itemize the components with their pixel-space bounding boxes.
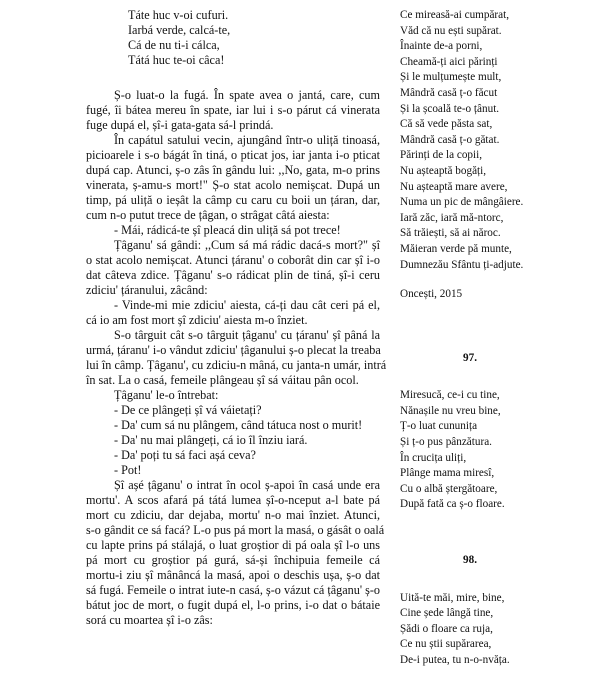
text-line: mortu'. A scos afará pá tátá lumea șî-o-… xyxy=(86,493,380,508)
poem-line: Că să vede păsta sat, xyxy=(400,117,590,133)
poem-line: Văd că nu ești supărat. xyxy=(400,24,590,40)
poem-line: În crucița uliți, xyxy=(400,451,590,467)
text-line: mort cu zdiciu, dar dejaba, mortu' n-o m… xyxy=(86,508,380,523)
text-line: mortu-i ziu șî mânâncá la masá, apoi o d… xyxy=(86,568,380,583)
poem-98: Uită-te măi, mire, bine,Cine șede lângă … xyxy=(400,591,590,669)
text-line: fuge dupá el, șî-i gata-gata sá-l prindá… xyxy=(86,118,380,133)
text-line: cu lapte prins pá stálajá, o luat groști… xyxy=(86,538,380,553)
poem-line: Nu așteaptă mare avere, xyxy=(400,180,590,196)
text-line: Ș-o luat-o la fugá. În spate avea o jant… xyxy=(86,88,380,103)
poem-line: Nu așteaptă bogăți, xyxy=(400,164,590,180)
text-line: fugé, îi bátea mereu în spate, iar lui i… xyxy=(86,103,380,118)
poem-line: Ce nu știi supărarea, xyxy=(400,637,590,653)
poem-line: Și la școală te-o țânut. xyxy=(400,102,590,118)
poem-line: Măieran verde pă munte, xyxy=(400,242,590,258)
spacer xyxy=(400,569,590,591)
text-line: S-o târguit cât s-o târguit țâganu' cu ț… xyxy=(86,328,380,343)
text-line: - Da' cum sá nu plângem, când tátuca nos… xyxy=(86,418,380,433)
poem-line: De-i putea, tu n-o-nvăța. xyxy=(400,653,590,669)
poem-97: Miresucă, ce-i cu tine,Nănașile nu vreu … xyxy=(400,388,590,513)
poem-96-tail: Ce mireasă-ai cumpărat,Văd că nu ești su… xyxy=(400,8,590,273)
poem-number-97: 97. xyxy=(400,351,540,367)
text-line: Șî așé țâganu' o intrat în ocol ș-apoi î… xyxy=(86,478,380,493)
text-line: - Mái, rádicá-te șî pleacá din uliță sá … xyxy=(86,223,380,238)
spacer xyxy=(400,513,590,553)
poem-line: Cheamă-ți aici părinți xyxy=(400,55,590,71)
text-line: lui în câmp. Țâganu', cu zdiciu-n mâná, … xyxy=(86,358,380,373)
text-line: s-o gândit ce sá facá? L-o pus pá mort l… xyxy=(86,523,380,538)
text-line: o stat acolo nemișcat. Atunci țáranu' o … xyxy=(86,253,380,268)
poem-line: Ce mireasă-ai cumpărat, xyxy=(400,8,590,24)
text-line: - Da' nu mai plângeți, cá io îl înziu ia… xyxy=(86,433,380,448)
poem-line: Mândră casă ț-o făcut xyxy=(400,86,590,102)
poem-line: Miresucă, ce-i cu tine, xyxy=(400,388,590,404)
verse-line: Tátá huc te-oi câca! xyxy=(128,53,380,68)
spacer xyxy=(400,366,590,388)
poem-line: Părinți de la copii, xyxy=(400,148,590,164)
poem-line: Dumnezău Sfântu ți-adjute. xyxy=(400,258,590,274)
poem-line: Cine șede lângă tine, xyxy=(400,606,590,622)
poem-line: Iară zăc, iară mă-ntorc, xyxy=(400,211,590,227)
poem-line: Șădi o floare ca ruja, xyxy=(400,622,590,638)
prose-block: Ș-o luat-o la fugá. În spate avea o jant… xyxy=(86,88,380,628)
text-line: Țâganu' le-o întrebat: xyxy=(86,388,380,403)
text-line: pá mort cu groștior pá gurá, sá-și închi… xyxy=(86,553,380,568)
text-line: dat câteva zdice. Țâganu' s-o rádicat pl… xyxy=(86,268,380,283)
verse-line: Táte huc v-oi cufuri. xyxy=(128,8,380,23)
poem-number-98: 98. xyxy=(400,553,540,569)
poem-line: Cu o albă ștergătoare, xyxy=(400,482,590,498)
text-line: - Vinde-mi mie zdiciu' aiesta, cá-ți dau… xyxy=(86,298,380,313)
poem-line: Să trăiești, să ai năroc. xyxy=(400,226,590,242)
spacer xyxy=(86,68,380,88)
text-line: timp, pá uliță o ieșât la câmp cu caru c… xyxy=(86,193,380,208)
poem-line: Nănașile nu vreu bine, xyxy=(400,404,590,420)
text-line: picioarele i s-o bágát în tiná, o pticat… xyxy=(86,148,380,163)
poem-line: Numa un pic de mângâiere. xyxy=(400,195,590,211)
text-line: zdiciu' țáranului, zâcând: xyxy=(86,283,380,298)
text-line: Țâganu' sá gândi: ,,Cum sá má rádic dacá… xyxy=(86,238,380,253)
text-line: în sat. La o casá, femeile plângeau șî s… xyxy=(86,373,380,388)
text-line: În capátul satului vecin, ajungând într-… xyxy=(86,133,380,148)
poem-line: Și le mulțumește mult, xyxy=(400,70,590,86)
verse-line: Iarbá verde, calcá-te, xyxy=(128,23,380,38)
text-line: - Da' poți tu sá faci așá ceva? xyxy=(86,448,380,463)
text-line: - De ce plângeți șî vá váietați? xyxy=(86,403,380,418)
text-line: sá fugá. Femeile o intrat iute-n casá, ș… xyxy=(86,583,380,598)
poem-line: Ț-o luat cununița xyxy=(400,419,590,435)
poem-line: Și ț-o pus pânzătura. xyxy=(400,435,590,451)
text-line: dupá cap. Atunci, ș-o zâs în gându lui: … xyxy=(86,163,380,178)
text-line: vinerata, ș-amu-s mort!" Ș-o stat acolo … xyxy=(86,178,380,193)
left-column: Táte huc v-oi cufuri. Iarbá verde, calcá… xyxy=(86,8,380,628)
text-line: cum n-o putut trece de țâgan, o strâgat … xyxy=(86,208,380,223)
poem-line: Plânge mama miresî, xyxy=(400,466,590,482)
place-date: Oncești, 2015 xyxy=(400,287,590,303)
poem-line: Uită-te măi, mire, bine, xyxy=(400,591,590,607)
poem-line: După fată ca ș-o floare. xyxy=(400,497,590,513)
verse-block: Táte huc v-oi cufuri. Iarbá verde, calcá… xyxy=(128,8,380,68)
text-line: bátut joc de mort, o fugit dupá el, l-o … xyxy=(86,598,380,613)
text-line: - Pot! xyxy=(86,463,380,478)
spacer xyxy=(400,303,590,351)
text-line: urmá, țáranu' i-o vândut zdiciu' țâganul… xyxy=(86,343,380,358)
document-page: Táte huc v-oi cufuri. Iarbá verde, calcá… xyxy=(0,0,595,675)
poem-line: Mândră casă ț-o gătat. xyxy=(400,133,590,149)
verse-line: Cá de nu ti-i cálca, xyxy=(128,38,380,53)
text-line: cá io am fost mort șî zdiciu' aiesta m-o… xyxy=(86,313,380,328)
text-line: sorá cu moartea șî i-o zâs: xyxy=(86,613,380,628)
right-column: Ce mireasă-ai cumpărat,Văd că nu ești su… xyxy=(400,8,590,669)
poem-line: Înainte de-a porni, xyxy=(400,39,590,55)
